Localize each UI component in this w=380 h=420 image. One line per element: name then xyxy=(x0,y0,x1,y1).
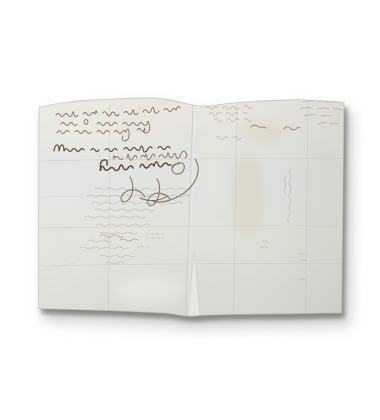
product-image-canvas xyxy=(0,0,380,420)
letter-photo xyxy=(0,0,380,420)
letter-paper-svg xyxy=(0,0,380,420)
